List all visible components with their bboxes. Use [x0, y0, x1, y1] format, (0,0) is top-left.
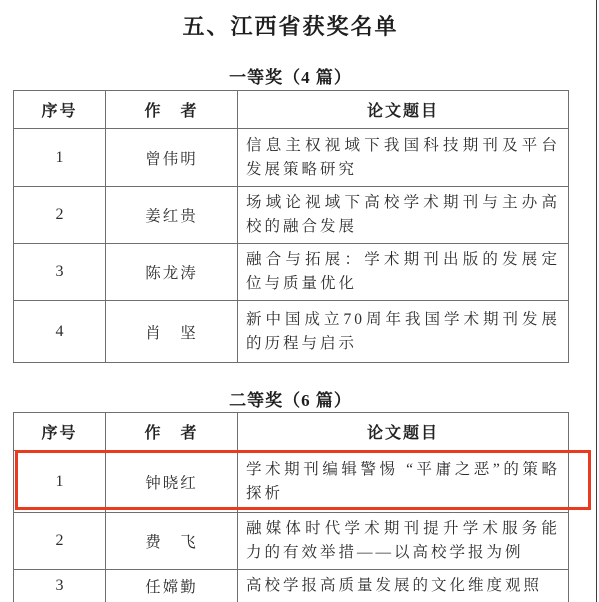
table-header-row: 序号 作 者 论文题目: [14, 91, 569, 129]
row-author: 任嫦勤: [106, 570, 238, 602]
table-row: 2 费 飞 融媒体时代学术期刊提升学术服务能力的有效举措——以高校学报为例: [14, 513, 569, 570]
row-author: 费 飞: [106, 513, 238, 570]
second-prize-heading: 二等奖（6 篇）: [13, 386, 568, 411]
row-number: 1: [14, 129, 106, 187]
row-paper-title: 新中国成立70周年我国学术期刊发展的历程与启示: [238, 301, 569, 363]
column-header-no: 序号: [14, 413, 106, 451]
first-prize-table: 序号 作 者 论文题目 1 曾伟明 信息主权视域下我国科技期刊及平台发展策略研究…: [13, 90, 569, 363]
column-header-title: 论文题目: [238, 91, 569, 129]
row-number: 4: [14, 301, 106, 363]
table-row: 3 陈龙涛 融合与拓展：学术期刊出版的发展定位与质量优化: [14, 244, 569, 301]
row-author: 肖 坚: [106, 301, 238, 363]
row-paper-title: 融媒体时代学术期刊提升学术服务能力的有效举措——以高校学报为例: [238, 513, 569, 570]
page-edge-line: [596, 0, 597, 602]
row-author: 钟晓红: [106, 451, 238, 513]
row-number: 2: [14, 513, 106, 570]
row-number: 1: [14, 451, 106, 513]
table-row: 4 肖 坚 新中国成立70周年我国学术期刊发展的历程与启示: [14, 301, 569, 363]
row-author: 曾伟明: [106, 129, 238, 187]
row-author: 陈龙涛: [106, 244, 238, 301]
document-page: 五、江西省获奖名单 一等奖（4 篇） 序号 作 者 论文题目 1 曾伟明 信息主…: [0, 0, 599, 602]
column-header-title: 论文题目: [238, 413, 569, 451]
row-author: 姜红贵: [106, 187, 238, 244]
row-paper-title: 高校学报高质量发展的文化维度观照: [238, 570, 569, 602]
table-header-row: 序号 作 者 论文题目: [14, 413, 569, 451]
page-title: 五、江西省获奖名单: [13, 10, 568, 41]
table-row-highlighted: 1 钟晓红 学术期刊编辑警惕 “平庸之恶”的策略探析: [14, 451, 569, 513]
table-row: 1 曾伟明 信息主权视域下我国科技期刊及平台发展策略研究: [14, 129, 569, 187]
row-paper-title: 融合与拓展：学术期刊出版的发展定位与质量优化: [238, 244, 569, 301]
row-paper-title: 学术期刊编辑警惕 “平庸之恶”的策略探析: [238, 451, 569, 513]
row-number: 3: [14, 244, 106, 301]
row-number: 2: [14, 187, 106, 244]
table-row: 3 任嫦勤 高校学报高质量发展的文化维度观照: [14, 570, 569, 602]
row-paper-title: 场域论视域下高校学术期刊与主办高校的融合发展: [238, 187, 569, 244]
column-header-no: 序号: [14, 91, 106, 129]
second-prize-table: 序号 作 者 论文题目 1 钟晓红 学术期刊编辑警惕 “平庸之恶”的策略探析 2…: [13, 412, 569, 602]
table-row: 2 姜红贵 场域论视域下高校学术期刊与主办高校的融合发展: [14, 187, 569, 244]
row-number: 3: [14, 570, 106, 602]
first-prize-heading: 一等奖（4 篇）: [13, 63, 568, 88]
column-header-author: 作 者: [106, 91, 238, 129]
column-header-author: 作 者: [106, 413, 238, 451]
row-paper-title: 信息主权视域下我国科技期刊及平台发展策略研究: [238, 129, 569, 187]
